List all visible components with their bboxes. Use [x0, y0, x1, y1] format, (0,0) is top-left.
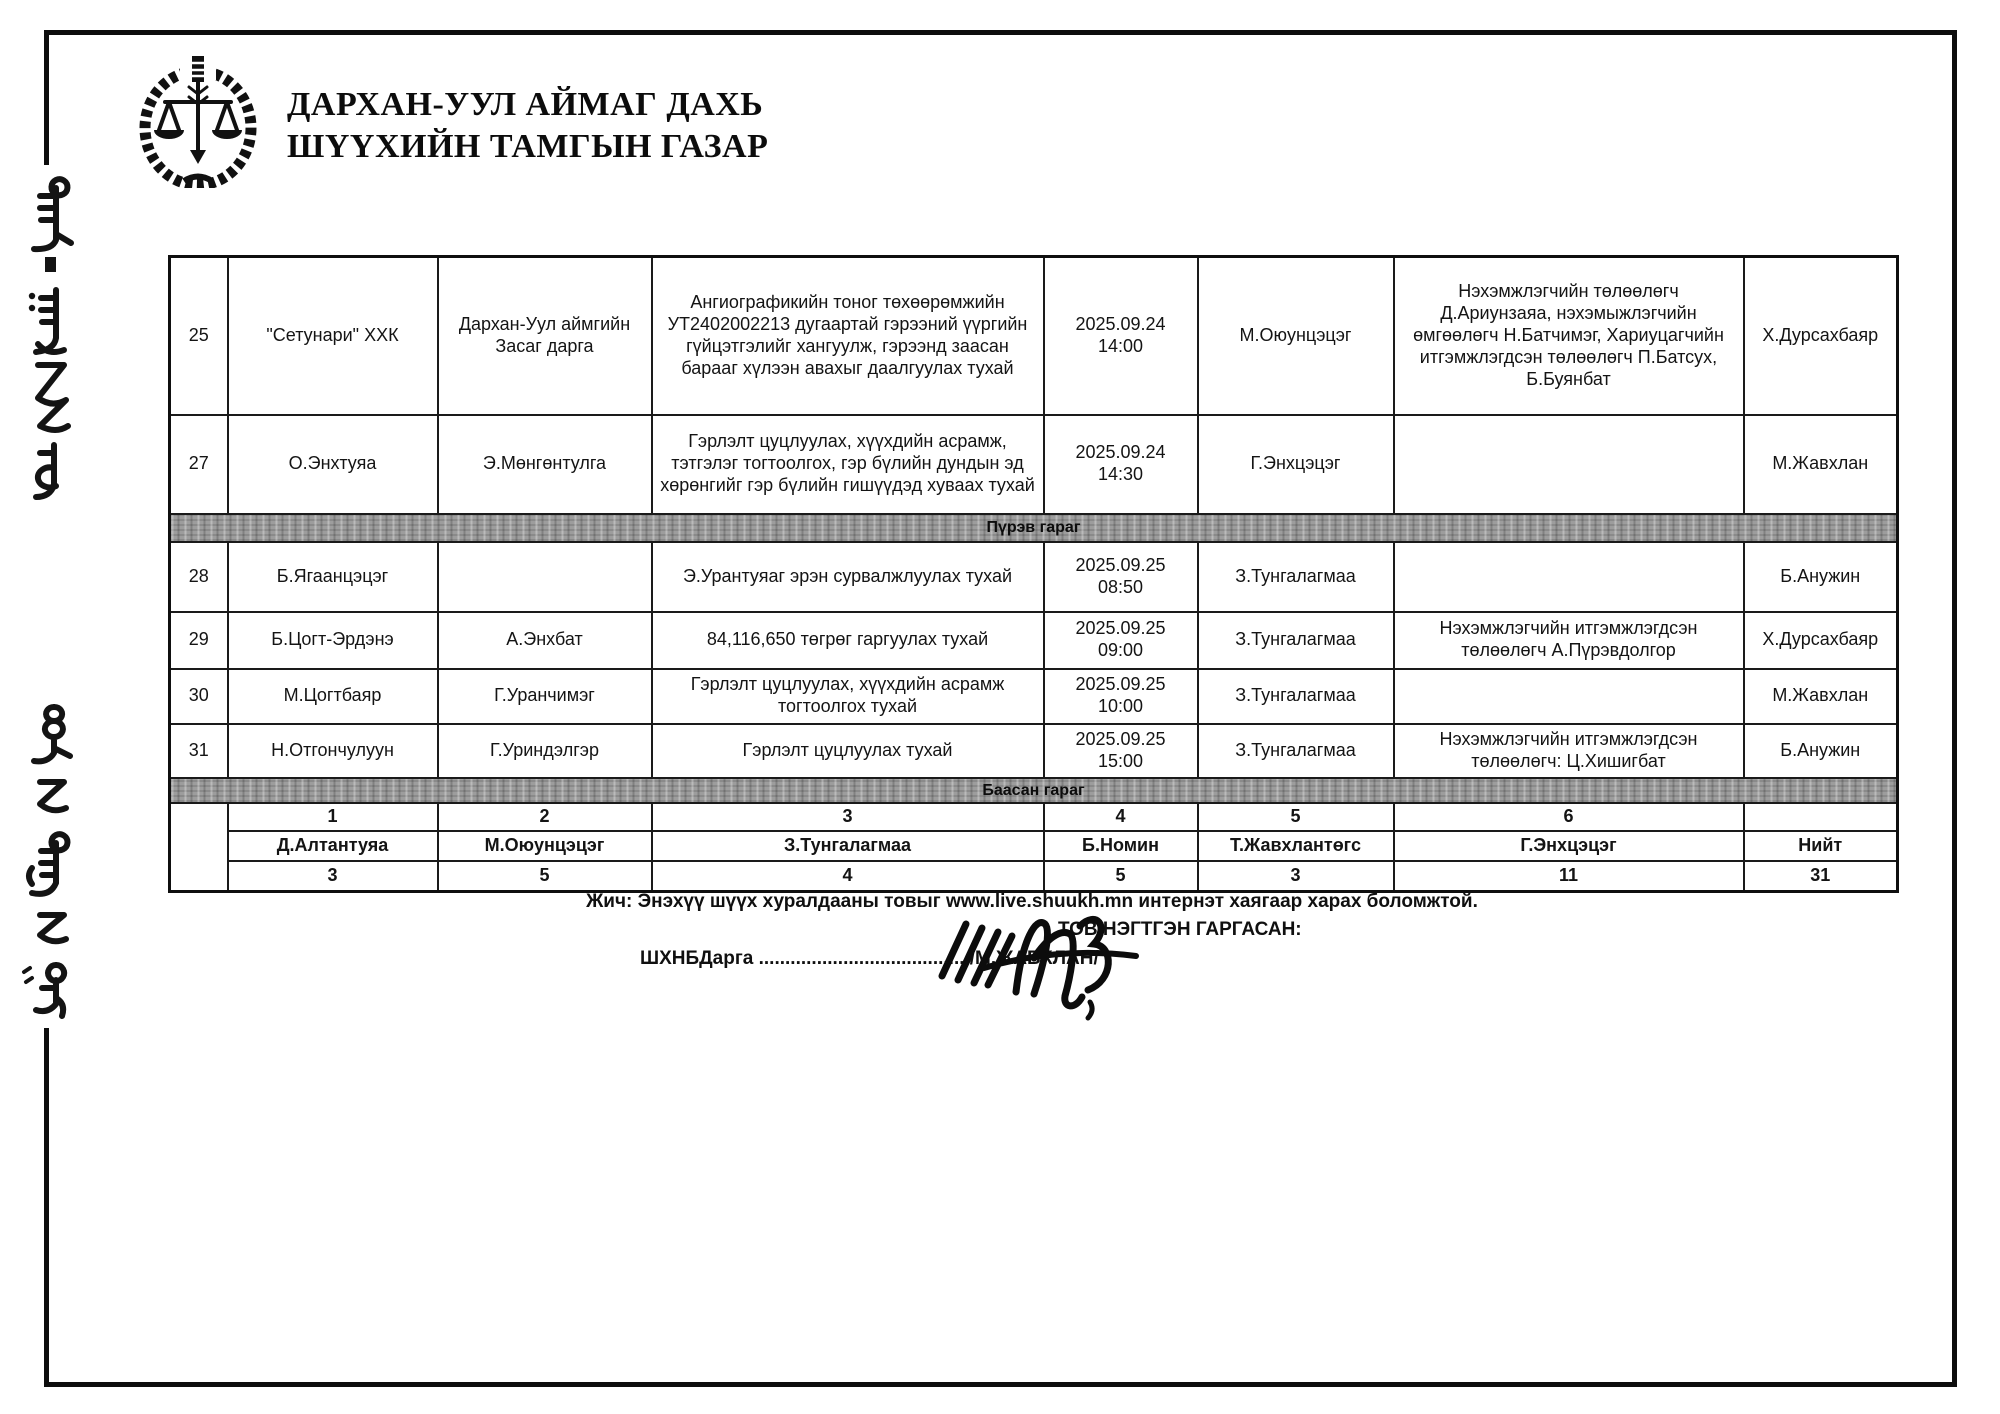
day-band-label: Пүрэв гараг: [170, 514, 1898, 542]
summary-total-count: 31: [1744, 861, 1898, 891]
cell-subject: Гэрлэлт цуцлуулах, хүүхдийн асрамж, тэтг…: [652, 415, 1044, 514]
table-row: 31 Н.Отгончулуун Г.Уриндэлгэр Гэрлэлт цу…: [170, 724, 1898, 778]
cell-clerk: Б.Анужин: [1744, 724, 1898, 778]
cell-defendant: А.Энхбат: [438, 612, 652, 669]
summary-number-row: 1 2 3 4 5 6: [170, 803, 1898, 831]
page-border-top: [44, 30, 1957, 35]
cell-no: 25: [170, 257, 228, 415]
cell-judge: Г.Энхцэцэг: [1198, 415, 1394, 514]
table-row: 29 Б.Цогт-Эрдэнэ А.Энхбат 84,116,650 төг…: [170, 612, 1898, 669]
cell-clerk: Х.Дурсахбаяр: [1744, 257, 1898, 415]
page-title: ДАРХАН-УУЛ АЙМАГ ДАХЬ ШҮҮХИЙН ТАМГЫН ГАЗ…: [287, 84, 768, 168]
page-border-bottom: [44, 1382, 1957, 1387]
handwritten-signature-icon: [928, 896, 1198, 1021]
cell-defendant: Г.Уриндэлгэр: [438, 724, 652, 778]
hearing-schedule-table: 25 "Сетунари" ХХК Дархан-Уул аймгийн Зас…: [168, 255, 1899, 893]
summary-number: 2: [438, 803, 652, 831]
cell-datetime: 2025.09.25 08:50: [1044, 542, 1198, 612]
signature-role-label: ШХНБДарга: [640, 948, 753, 969]
cell-defendant: Г.Уранчимэг: [438, 669, 652, 724]
cell-subject: Ангиографикийн тоног төхөөрөмжийн УТ2402…: [652, 257, 1044, 415]
summary-judge: Т.Жавхлантөгс: [1198, 831, 1394, 861]
scanned-court-schedule-page: { "header": { "org_line1": "ДАРХАН-УУЛ А…: [0, 0, 2000, 1414]
summary-judge: Б.Номин: [1044, 831, 1198, 861]
summary-counts-row: 3 5 4 5 3 11 31: [170, 861, 1898, 891]
summary-count: 11: [1394, 861, 1744, 891]
cell-no: 31: [170, 724, 228, 778]
cell-defendant: Дархан-Уул аймгийн Засаг дарга: [438, 257, 652, 415]
cell-plaintiff: Н.Отгончулуун: [228, 724, 438, 778]
table-row: 28 Б.Ягаанцэцэг Э.Урантуяаг эрэн сурвалж…: [170, 542, 1898, 612]
day-band-thursday: Пүрэв гараг: [170, 514, 1898, 542]
cell-datetime: 2025.09.24 14:00: [1044, 257, 1198, 415]
cell-datetime: 2025.09.25 15:00: [1044, 724, 1198, 778]
cell-participants: [1394, 669, 1744, 724]
cell-participants: Нэхэмжлэгчийн итгэмжлэгдсэн төлөөлөгч: Ц…: [1394, 724, 1744, 778]
cell-plaintiff: М.Цогтбаяр: [228, 669, 438, 724]
table-row: 27 О.Энхтуяа Э.Мөнгөнтулга Гэрлэлт цуцлу…: [170, 415, 1898, 514]
summary-number-blank: [1744, 803, 1898, 831]
cell-subject: Гэрлэлт цуцлуулах тухай: [652, 724, 1044, 778]
cell-clerk: М.Жавхлан: [1744, 669, 1898, 724]
cell-datetime: 2025.09.25 09:00: [1044, 612, 1198, 669]
summary-count: 5: [1044, 861, 1198, 891]
cell-no: 27: [170, 415, 228, 514]
summary-judge: Д.Алтантуяа: [228, 831, 438, 861]
summary-empty-cell: [170, 803, 228, 891]
summary-total-label: Нийт: [1744, 831, 1898, 861]
summary-number: 1: [228, 803, 438, 831]
org-name-line2: ШҮҮХИЙН ТАМГЫН ГАЗАР: [287, 126, 768, 168]
cell-participants: Нэхэмжлэгчийн итгэмжлэгдсэн төлөөлөгч А.…: [1394, 612, 1744, 669]
cell-subject: Э.Урантуяаг эрэн сурвалжлуулах тухай: [652, 542, 1044, 612]
summary-count: 3: [1198, 861, 1394, 891]
summary-count: 3: [228, 861, 438, 891]
cell-no: 28: [170, 542, 228, 612]
scales-of-justice-emblem-icon: [134, 54, 262, 188]
cell-clerk: М.Жавхлан: [1744, 415, 1898, 514]
summary-count: 4: [652, 861, 1044, 891]
mongolian-vertical-script: [14, 168, 84, 1020]
cell-defendant: [438, 542, 652, 612]
cell-subject: Гэрлэлт цуцлуулах, хүүхдийн асрамж тогто…: [652, 669, 1044, 724]
summary-judge: М.Оюунцэцэг: [438, 831, 652, 861]
table-row: 30 М.Цогтбаяр Г.Уранчимэг Гэрлэлт цуцлуу…: [170, 669, 1898, 724]
day-band-friday: Баасан гараг: [170, 778, 1898, 804]
summary-judge: З.Тунгалагмаа: [652, 831, 1044, 861]
cell-judge: З.Тунгалагмаа: [1198, 542, 1394, 612]
cell-judge: З.Тунгалагмаа: [1198, 724, 1394, 778]
cell-defendant: Э.Мөнгөнтулга: [438, 415, 652, 514]
cell-judge: М.Оюунцэцэг: [1198, 257, 1394, 415]
cell-judge: З.Тунгалагмаа: [1198, 612, 1394, 669]
summary-count: 5: [438, 861, 652, 891]
cell-participants: Нэхэмжлэгчийн төлөөлөгч Д.Ариунзаяа, нэх…: [1394, 257, 1744, 415]
org-name-line1: ДАРХАН-УУЛ АЙМАГ ДАХЬ: [287, 84, 768, 126]
cell-participants: [1394, 542, 1744, 612]
cell-clerk: Б.Анужин: [1744, 542, 1898, 612]
page-border-left-upper: [44, 30, 49, 165]
cell-participants: [1394, 415, 1744, 514]
summary-number: 3: [652, 803, 1044, 831]
cell-plaintiff: О.Энхтуяа: [228, 415, 438, 514]
cell-no: 29: [170, 612, 228, 669]
day-band-label: Баасан гараг: [170, 778, 1898, 804]
summary-number: 4: [1044, 803, 1198, 831]
cell-datetime: 2025.09.25 10:00: [1044, 669, 1198, 724]
summary-number: 5: [1198, 803, 1394, 831]
summary-judge: Г.Энхцэцэг: [1394, 831, 1744, 861]
page-border-right: [1952, 30, 1957, 1387]
cell-no: 30: [170, 669, 228, 724]
cell-plaintiff: Б.Цогт-Эрдэнэ: [228, 612, 438, 669]
cell-clerk: Х.Дурсахбаяр: [1744, 612, 1898, 669]
summary-judges-row: Д.Алтантуяа М.Оюунцэцэг З.Тунгалагмаа Б.…: [170, 831, 1898, 861]
cell-plaintiff: Б.Ягаанцэцэг: [228, 542, 438, 612]
table-row: 25 "Сетунари" ХХК Дархан-Уул аймгийн Зас…: [170, 257, 1898, 415]
cell-datetime: 2025.09.24 14:30: [1044, 415, 1198, 514]
cell-subject: 84,116,650 төгрөг гаргуулах тухай: [652, 612, 1044, 669]
cell-plaintiff: "Сетунари" ХХК: [228, 257, 438, 415]
summary-number: 6: [1394, 803, 1744, 831]
cell-judge: З.Тунгалагмаа: [1198, 669, 1394, 724]
page-border-left-lower: [44, 1028, 49, 1387]
